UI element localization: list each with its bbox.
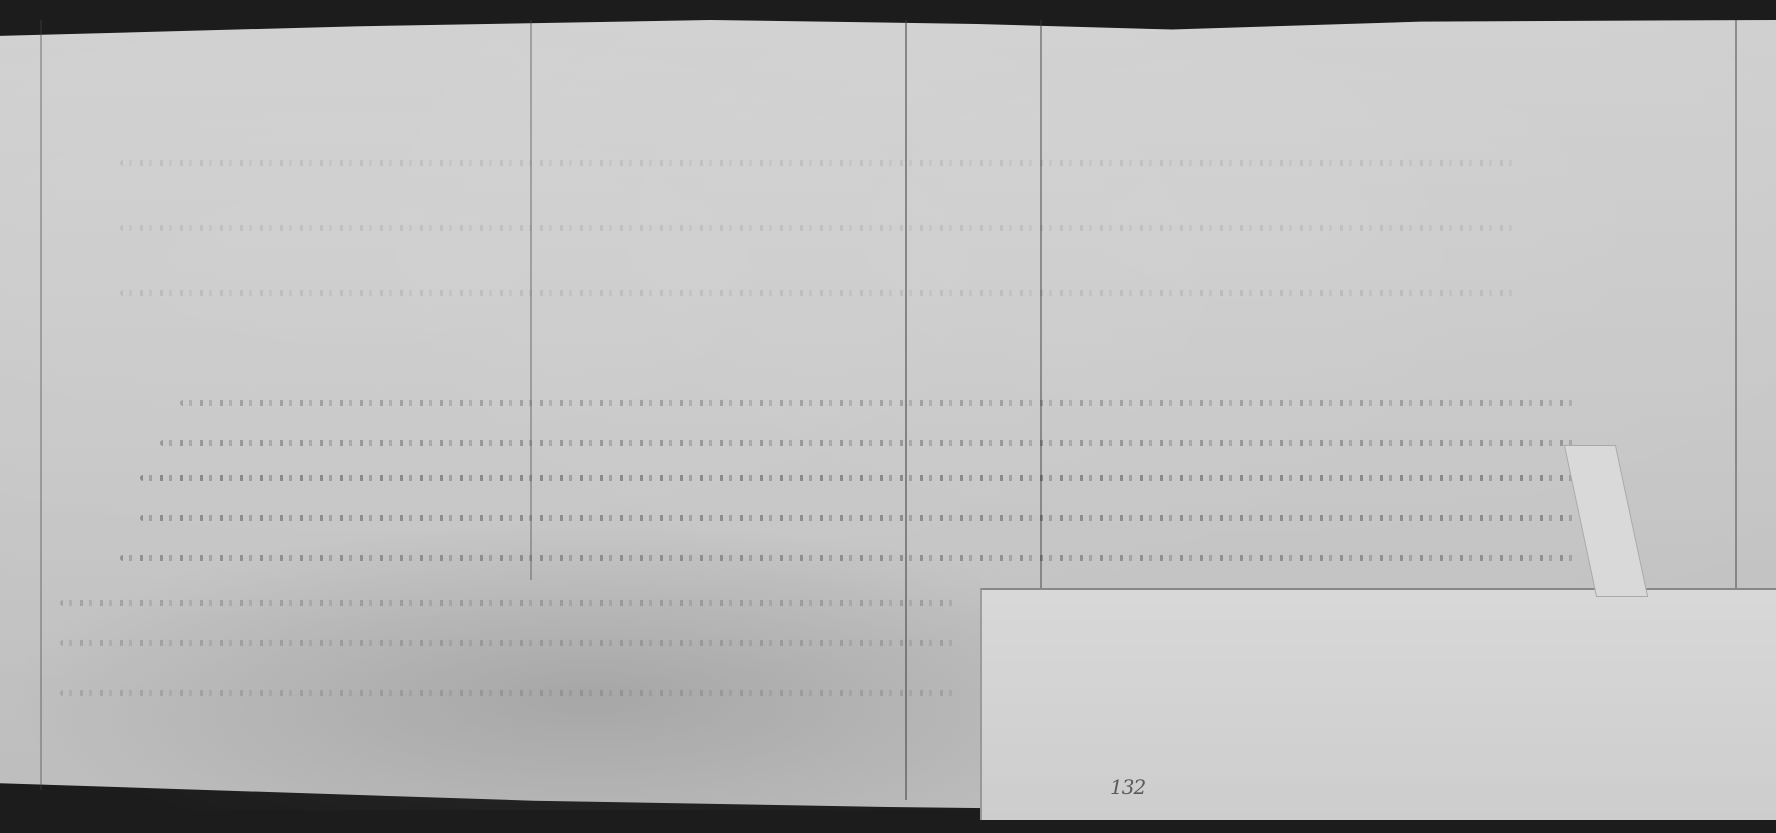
faded-text-line <box>60 690 960 696</box>
faded-text-line <box>60 640 960 646</box>
faded-text-line <box>120 225 1520 231</box>
fold-line <box>530 20 532 580</box>
faded-text-line <box>120 555 1580 561</box>
faded-text-line <box>60 600 960 606</box>
faded-text-line <box>180 400 1580 406</box>
fold-line <box>40 20 42 790</box>
fold-line <box>905 20 907 800</box>
faded-text-line <box>140 475 1580 481</box>
fold-line <box>1735 20 1737 610</box>
faded-text-line <box>120 160 1520 166</box>
faded-text-line <box>160 440 1580 446</box>
folio-number: 132 <box>1110 775 1145 799</box>
water-stain <box>0 520 980 810</box>
fold-line <box>1040 20 1042 600</box>
faded-text-line <box>140 515 1580 521</box>
pasted-paper-patch <box>980 588 1776 820</box>
faded-text-line <box>120 290 1520 296</box>
